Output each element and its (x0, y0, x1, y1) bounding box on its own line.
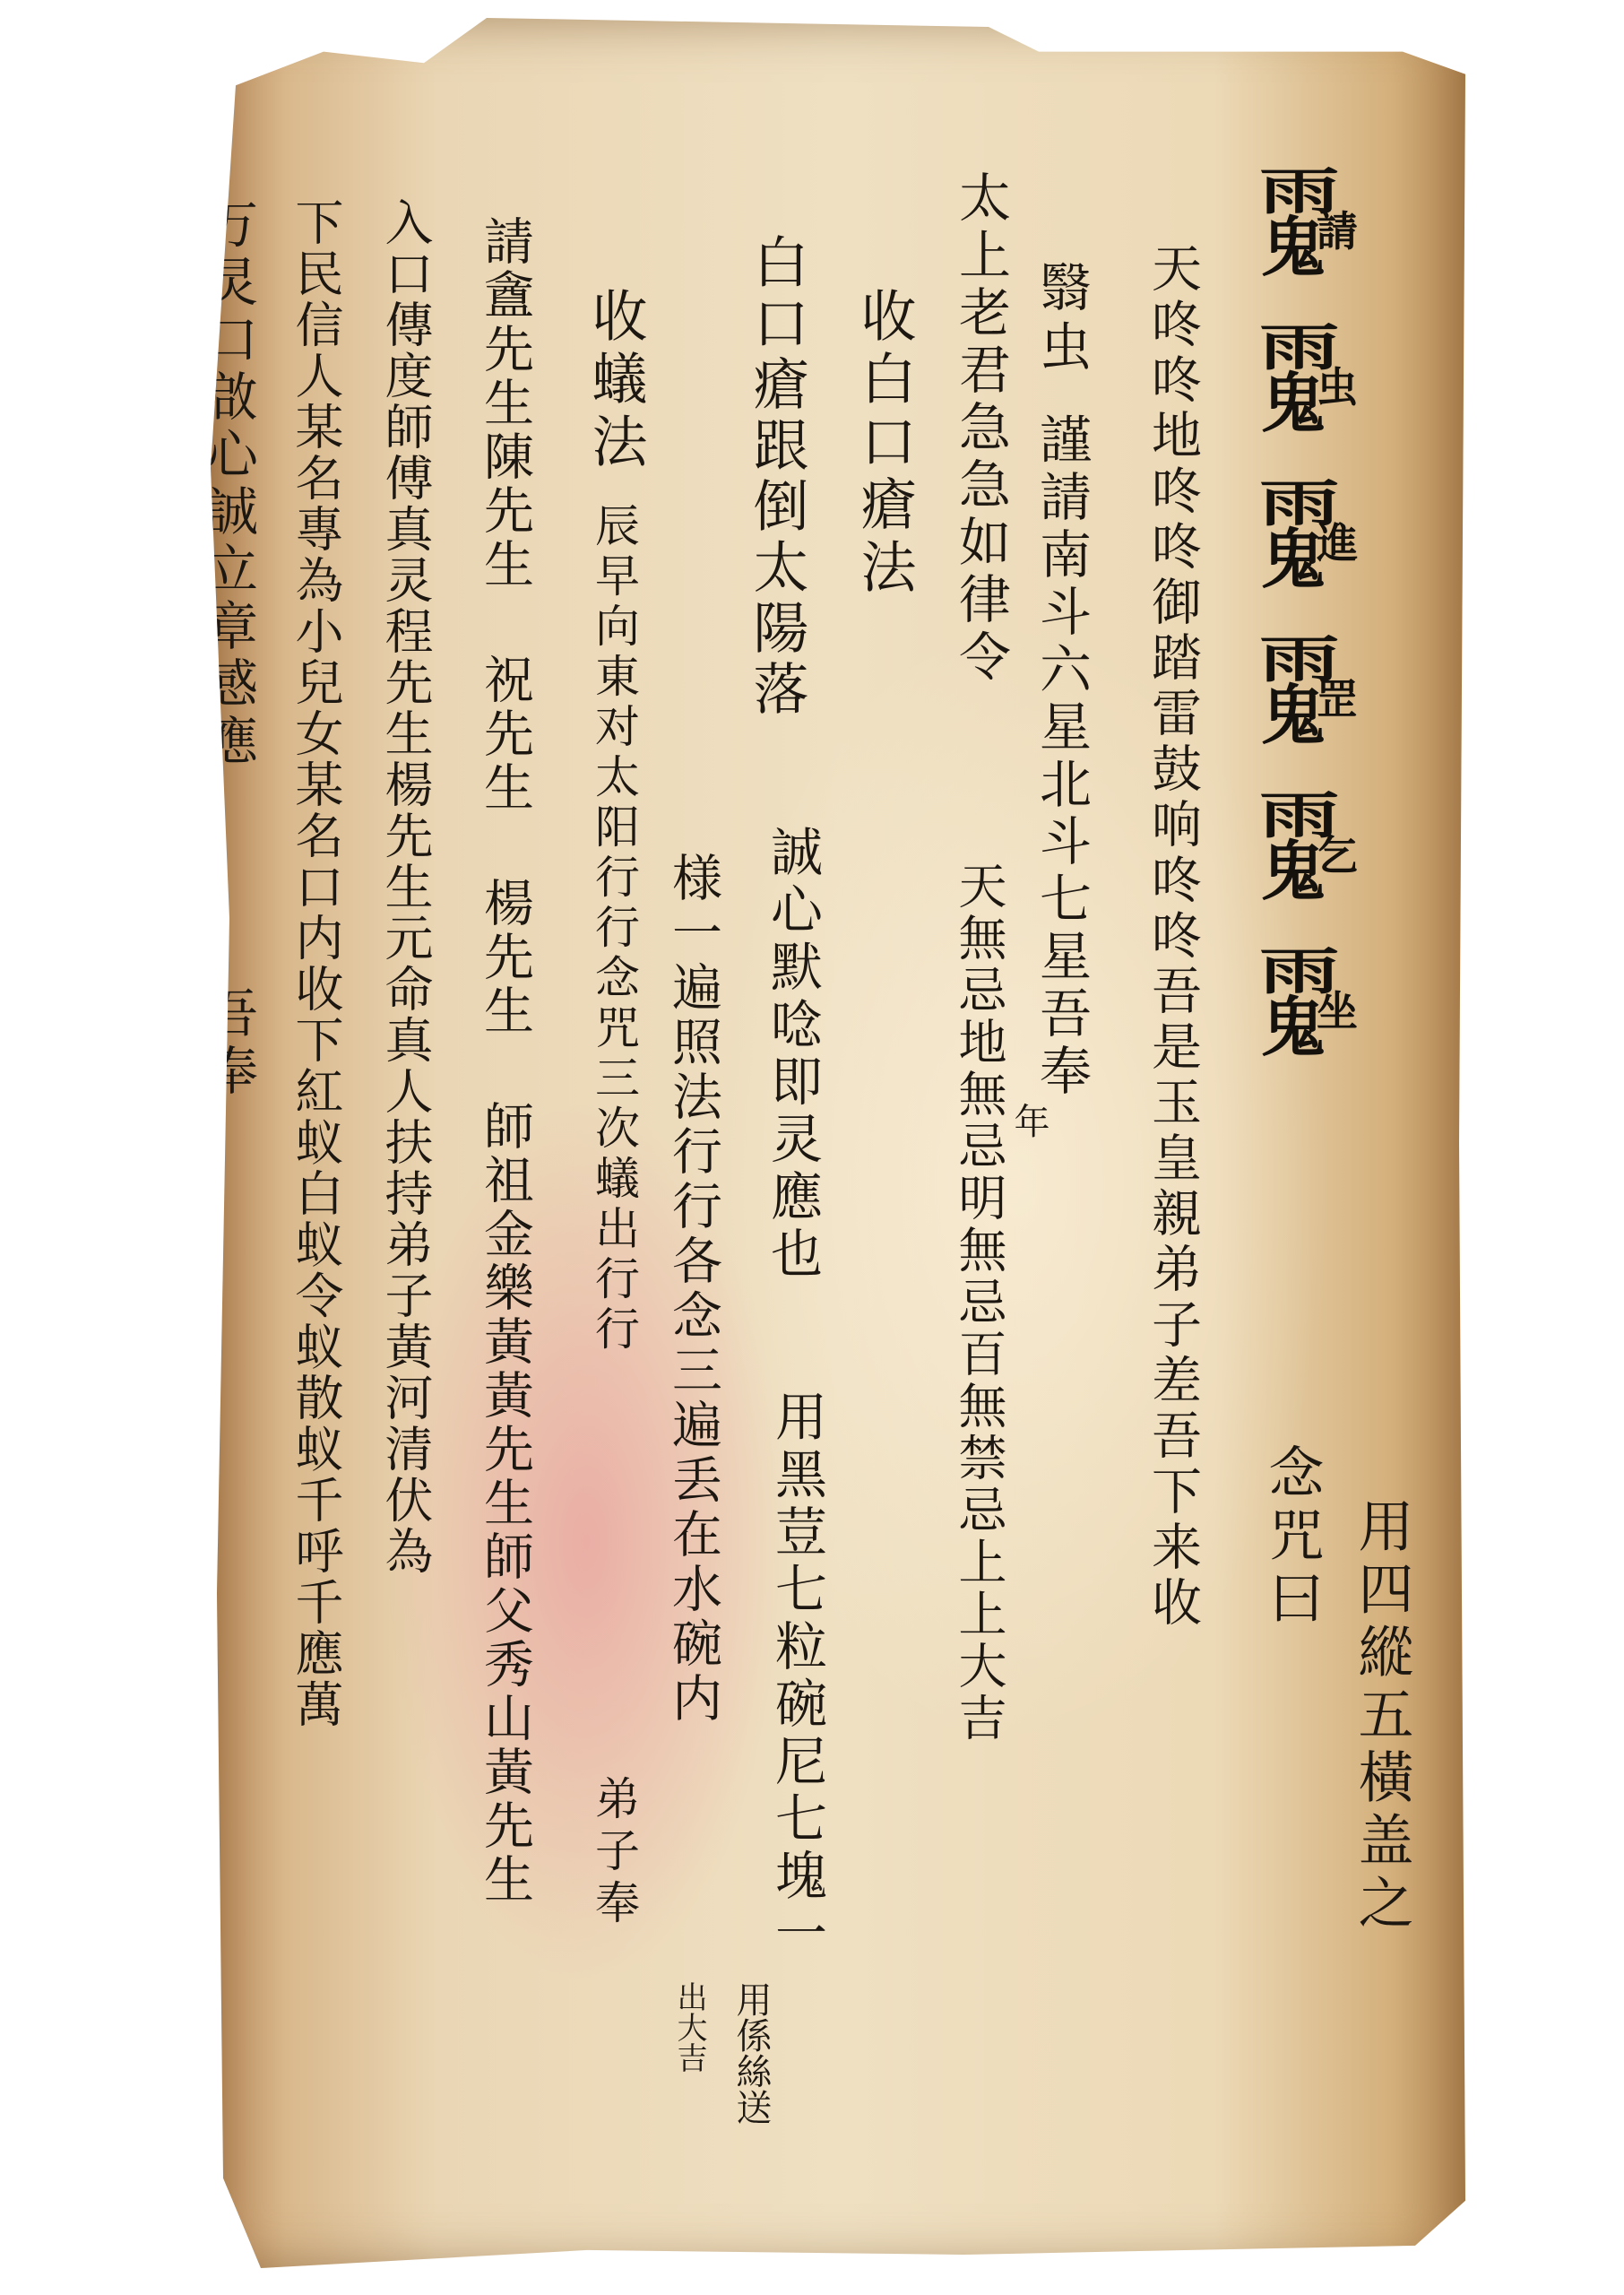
text-column-9: 請盦先生陳先生 祝先生 楊先生 師祖金樂黃黃先生師父秀山黃先生 (479, 215, 530, 1907)
manuscript-page: 雨 鬼 請 雨 鬼 虫 雨 鬼 進 雨 鬼 罡 雨 鬼 乞 雨 鬼 坐 念咒 (211, 18, 1465, 2268)
text-column-11: 下民信人某名專為小兒女某名口内收下紅蚁白蚁令蚁散蚁千呼千應萬 (291, 197, 340, 1730)
text-column-6a: 白口瘡跟倒太陽落 (748, 233, 804, 721)
side-note-year: 年 (1004, 1103, 1055, 1139)
incantation-heading: 念咒曰 (1264, 1443, 1319, 1632)
text-column-8b: 辰早向東对太阳行行念咒三次蟻出行行 (592, 502, 636, 1355)
text-column-3b: 謹請南斗六星北斗七星吾奉 (1035, 412, 1087, 1101)
text-column-2: 天咚咚地咚咚御踏雷鼓响咚咚吾是玉皇親弟子差吾下来收 (1147, 242, 1197, 1632)
talisman-glyph: 雨 鬼 進 (1250, 464, 1385, 590)
text-column-12a: 万灵口啟心誠立章感應 (202, 197, 254, 771)
text-column-4a: 太上老君急急如律令 (955, 170, 1006, 687)
text-column-6b: 誠心默唸即灵應也 (766, 825, 818, 1284)
text-column-7: 様一遍照法行行各念三遍丢在水碗内 (668, 852, 718, 1727)
talisman-glyph: 雨 鬼 罡 (1250, 620, 1385, 746)
text-column-8c: 弟子奉 (592, 1775, 636, 1931)
text-column-1: 用四縱五橫盖之 (1353, 1497, 1409, 1936)
talisman-glyph: 雨 鬼 請 (1250, 152, 1385, 278)
talisman-glyph: 雨 鬼 乞 (1250, 776, 1385, 902)
text-column-4b: 天無忌地無忌明無忌百無禁忌上上大吉 (955, 861, 1003, 1745)
section-title-ant-method: 收蟻法 (587, 287, 643, 475)
talisman-glyph: 雨 鬼 虫 (1250, 308, 1385, 434)
text-column-10: 入口傳度師傅真灵程先生楊先生元命真人扶持弟子黃河清伏為 (381, 197, 429, 1577)
side-note-thread: 用係絲送 (726, 1981, 777, 2125)
text-column-6c: 用黑荳七粒碗尼七塊一 (771, 1390, 823, 1963)
section-title-white-mouth-sore: 收白口瘡法 (856, 287, 911, 601)
text-column-3a: 翳虫 (1035, 260, 1087, 378)
talisman-glyph: 雨 鬼 坐 (1250, 932, 1385, 1058)
text-column-12b: 吾奉 (202, 986, 254, 1101)
side-note-auspicious: 出大吉 (668, 1981, 712, 2073)
talisman-column: 雨 鬼 請 雨 鬼 虫 雨 鬼 進 雨 鬼 罡 雨 鬼 乞 雨 鬼 坐 (1250, 152, 1385, 1088)
